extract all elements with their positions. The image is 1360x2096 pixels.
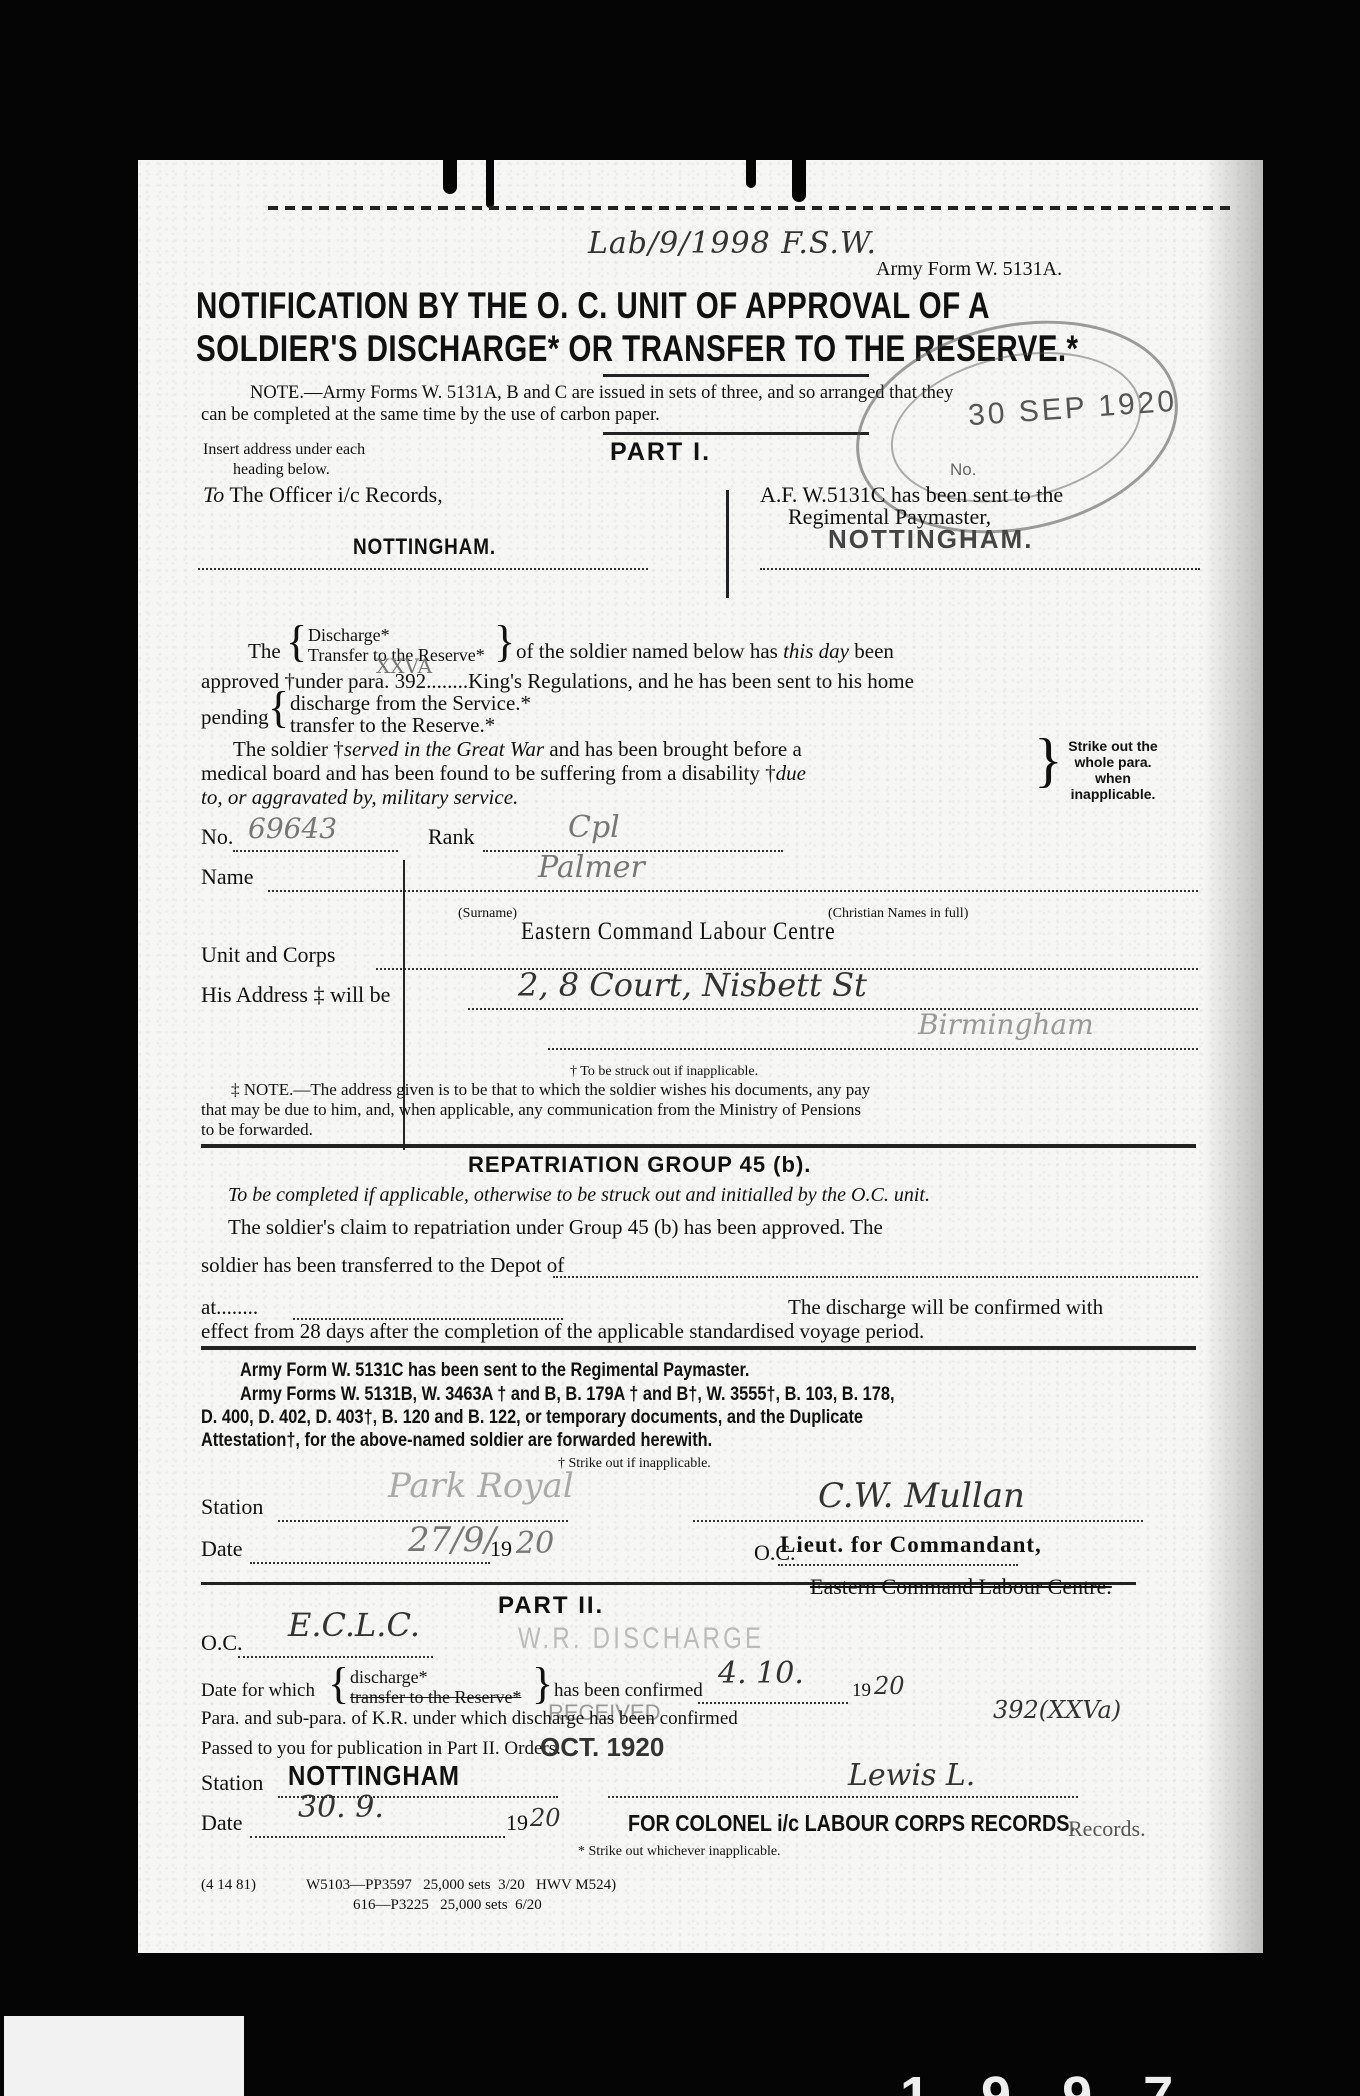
- part2-signature: Lewis L.: [848, 1758, 975, 1793]
- records-suffix: Records.: [1068, 1816, 1146, 1842]
- records-address-stamp: NOTTINGHAM.: [353, 534, 496, 560]
- repatriation-instruction: To be completed if applicable, otherwise…: [228, 1182, 930, 1208]
- passed-line: Passed to you for publication in Part II…: [201, 1738, 561, 1760]
- forwarding-line-4: Attestation†, for the above-named soldie…: [201, 1430, 712, 1452]
- part2-signature-line: [608, 1796, 1078, 1798]
- medical-italic: due: [776, 761, 806, 785]
- note-line-1: NOTE.—Army Forms W. 5131A, B and C are i…: [250, 382, 953, 404]
- part-1-heading: PART I.: [610, 438, 711, 467]
- pending-option-transfer: transfer to the Reserve.*: [290, 712, 495, 738]
- address-note-line-1: ‡ NOTE.—The address given is to be that …: [231, 1080, 870, 1099]
- headline-line-1: NOTIFICATION BY THE O. C. UNIT OF APPROV…: [196, 285, 990, 327]
- printer-line-2: 616—P3225 25,000 sets 6/20: [353, 1896, 542, 1914]
- received-date-stamp-part2: OCT. 1920: [540, 1732, 664, 1763]
- printer-line-1: W5103—PP3597 25,000 sets 3/20 HWV M524): [306, 1876, 616, 1894]
- confirmed-date-value[interactable]: 4. 10.: [718, 1656, 804, 1691]
- address-line-1[interactable]: 2, 8 Court, Nisbett St: [518, 966, 867, 1004]
- torn-notch: [486, 160, 494, 208]
- para-label: Para. and sub-para. of K.R. under which …: [201, 1708, 738, 1730]
- vertical-pen-mark: [403, 860, 405, 1150]
- no-field-value[interactable]: 69643: [248, 812, 337, 845]
- dotted-line: [198, 568, 648, 570]
- name-field-value[interactable]: Palmer: [538, 850, 645, 885]
- film-tab: [4, 2016, 244, 2096]
- address-label: His Address ‡ will be: [201, 982, 390, 1008]
- medical-italic: served in the Great War: [344, 737, 544, 761]
- insert-address-note-1: Insert address under each: [203, 440, 365, 459]
- part2-option-discharge: discharge*: [350, 1668, 428, 1687]
- surname-caption: (Surname): [458, 904, 517, 923]
- part2-station-label: Station: [201, 1770, 263, 1796]
- insert-address-note-2: heading below.: [233, 460, 330, 479]
- signature-1: C.W. Mullan: [818, 1476, 1025, 1516]
- confirmed-year-value[interactable]: 20: [874, 1672, 905, 1700]
- to-officer-text: The Officer i/c Records,: [229, 482, 442, 507]
- torn-notch: [443, 160, 457, 194]
- approval-text: of the soldier named below has this day …: [516, 638, 894, 664]
- records-stamp: FOR COLONEL i/c LABOUR CORPS RECORDS.: [628, 1810, 1075, 1837]
- station-label: Station: [201, 1494, 263, 1520]
- column-divider: [726, 490, 729, 598]
- signature-line: [693, 1520, 1143, 1522]
- oc-field-line: [778, 1564, 1018, 1566]
- name-label: Name: [201, 864, 254, 890]
- torn-notch: [746, 160, 756, 188]
- date-for-which-label: Date for which: [201, 1680, 315, 1702]
- side-note-line: Strike out the: [1058, 738, 1168, 754]
- date-year-value[interactable]: 20: [516, 1526, 554, 1561]
- part-2-heading: PART II.: [498, 1592, 604, 1620]
- part2-date-line: [250, 1836, 505, 1838]
- lieut-commandant-stamp: Lieut. for Commandant,: [780, 1532, 1042, 1558]
- rank-field-value[interactable]: Cpl: [568, 810, 620, 845]
- brace-pending: {: [268, 686, 289, 730]
- printer-code: (4 14 81): [201, 1876, 256, 1894]
- medical-text: The soldier †: [233, 737, 344, 761]
- rule: [603, 432, 869, 435]
- reference-number: Lab/9/1998 F.S.W.: [588, 226, 877, 261]
- part2-station-stamp[interactable]: NOTTINGHAM: [288, 1760, 460, 1792]
- repatriation-line-1: The soldier's claim to repatriation unde…: [228, 1214, 883, 1240]
- approval-this-day: this day: [783, 639, 849, 663]
- part2-option-transfer: transfer to the Reserve*: [350, 1688, 521, 1707]
- no-field-line: [233, 850, 398, 852]
- repatriation-line-3: The discharge will be confirmed with: [788, 1294, 1103, 1320]
- side-note-line: whole para.: [1058, 754, 1168, 770]
- paymaster-address-stamp: NOTTINGHAM.: [828, 524, 1033, 555]
- rank-label: Rank: [428, 824, 474, 850]
- confirmed-line: [698, 1702, 848, 1704]
- unit-stamp-struck: Eastern Command Labour Centre.: [810, 1574, 1112, 1600]
- depot-field-line: [553, 1276, 1198, 1278]
- medical-line-3: to, or aggravated by, military service.: [201, 784, 518, 810]
- repatriation-at: at........: [201, 1294, 258, 1320]
- station-value[interactable]: Park Royal: [388, 1466, 574, 1506]
- rule: [603, 374, 869, 377]
- address-line-2[interactable]: Birmingham: [918, 1008, 1094, 1041]
- approval-option-discharge: Discharge*: [308, 626, 390, 645]
- to-label: To: [203, 482, 224, 507]
- medical-text: medical board and has been found to be s…: [201, 761, 776, 785]
- part2-oc-label: O.C.: [201, 1630, 243, 1656]
- approval-the: The: [248, 638, 281, 664]
- confirmed-label: has been confirmed: [554, 1680, 703, 1702]
- date-field-line: [250, 1562, 490, 1564]
- confirmed-year-prefix: 19: [852, 1680, 871, 1702]
- dagger-footnote: † To be struck out if inapplicable.: [570, 1062, 758, 1081]
- part2-date-year-prefix: 19: [506, 1810, 528, 1836]
- medical-line-1: The soldier †served in the Great War and…: [233, 736, 802, 762]
- date-year-prefix: 19: [490, 1536, 512, 1562]
- address-note-line-2: that may be due to him, and, when applic…: [201, 1100, 861, 1119]
- medical-text: and has been brought before a: [544, 737, 802, 761]
- part2-oc-value[interactable]: E.C.L.C.: [288, 1606, 420, 1644]
- medical-italic: to, or aggravated by, military service.: [201, 785, 518, 809]
- section-rule: [201, 1144, 1196, 1148]
- part2-date-label: Date: [201, 1810, 243, 1836]
- note-line-2: can be completed at the same time by the…: [201, 404, 660, 426]
- brace-part2: {: [328, 1662, 349, 1706]
- forwarding-line-2: Army Forms W. 5131B, W. 3463A † and B, B…: [240, 1384, 894, 1406]
- part2-date-value[interactable]: 30. 9.: [298, 1790, 384, 1825]
- repatriation-line-4: effect from 28 days after the completion…: [201, 1318, 924, 1344]
- medical-line-2: medical board and has been found to be s…: [201, 760, 806, 786]
- pending-label: pending: [201, 704, 269, 730]
- torn-notch: [792, 160, 806, 202]
- no-label: No.: [201, 824, 233, 850]
- repatriation-heading: REPATRIATION GROUP 45 (b).: [468, 1152, 811, 1178]
- side-note-line: inapplicable.: [1058, 786, 1168, 802]
- dotted-line: [760, 568, 1200, 570]
- para-value[interactable]: 392(XXVa): [993, 1696, 1121, 1724]
- section-rule: [201, 1346, 1196, 1350]
- part2-oc-line: [238, 1656, 433, 1658]
- brace-right: }: [494, 620, 515, 664]
- discharge-stamp: W.R. DISCHARGE: [518, 1622, 764, 1656]
- repatriation-line-2: soldier has been transferred to the Depo…: [201, 1252, 564, 1278]
- date-label: Date: [201, 1536, 243, 1562]
- unit-stamp[interactable]: Eastern Command Labour Centre: [521, 918, 836, 946]
- to-officer-line: To The Officer i/c Records,: [203, 482, 443, 508]
- part2-date-year-value[interactable]: 20: [530, 1804, 561, 1832]
- approval-after-brace: of the soldier named below has: [516, 639, 778, 663]
- brace-left: {: [286, 620, 307, 664]
- para-handwritten: XXVA: [376, 654, 432, 678]
- perforation-line: [268, 206, 1233, 210]
- unit-label: Unit and Corps: [201, 942, 335, 968]
- address-field-line-2: [548, 1048, 1198, 1050]
- document-page: Lab/9/1998 F.S.W. Army Form W. 5131A. NO…: [138, 160, 1263, 1953]
- frame-number: 1 9 9 7: [900, 2076, 1191, 2096]
- forwarding-line-3: D. 400, D. 402, D. 403†, B. 120 and B. 1…: [201, 1407, 863, 1429]
- address-note-line-3: to be forwarded.: [201, 1120, 313, 1139]
- part2-footnote: * Strike out whichever inapplicable.: [578, 1842, 781, 1861]
- name-field-line: [268, 890, 1198, 892]
- forwarding-line-1: Army Form W. 5131C has been sent to the …: [240, 1360, 749, 1382]
- side-note-line: when: [1058, 770, 1168, 786]
- stamp-no-label: No.: [950, 460, 976, 480]
- forwarding-footnote: † Strike out if inapplicable.: [558, 1454, 711, 1473]
- christian-names-caption: (Christian Names in full): [828, 904, 968, 923]
- page-shadow-edge: [1203, 160, 1263, 1953]
- form-id: Army Form W. 5131A.: [876, 258, 1062, 281]
- date-value[interactable]: 27/9/: [408, 1520, 496, 1560]
- strike-out-side-note: Strike out the whole para. when inapplic…: [1058, 738, 1168, 802]
- approval-been: been: [854, 639, 894, 663]
